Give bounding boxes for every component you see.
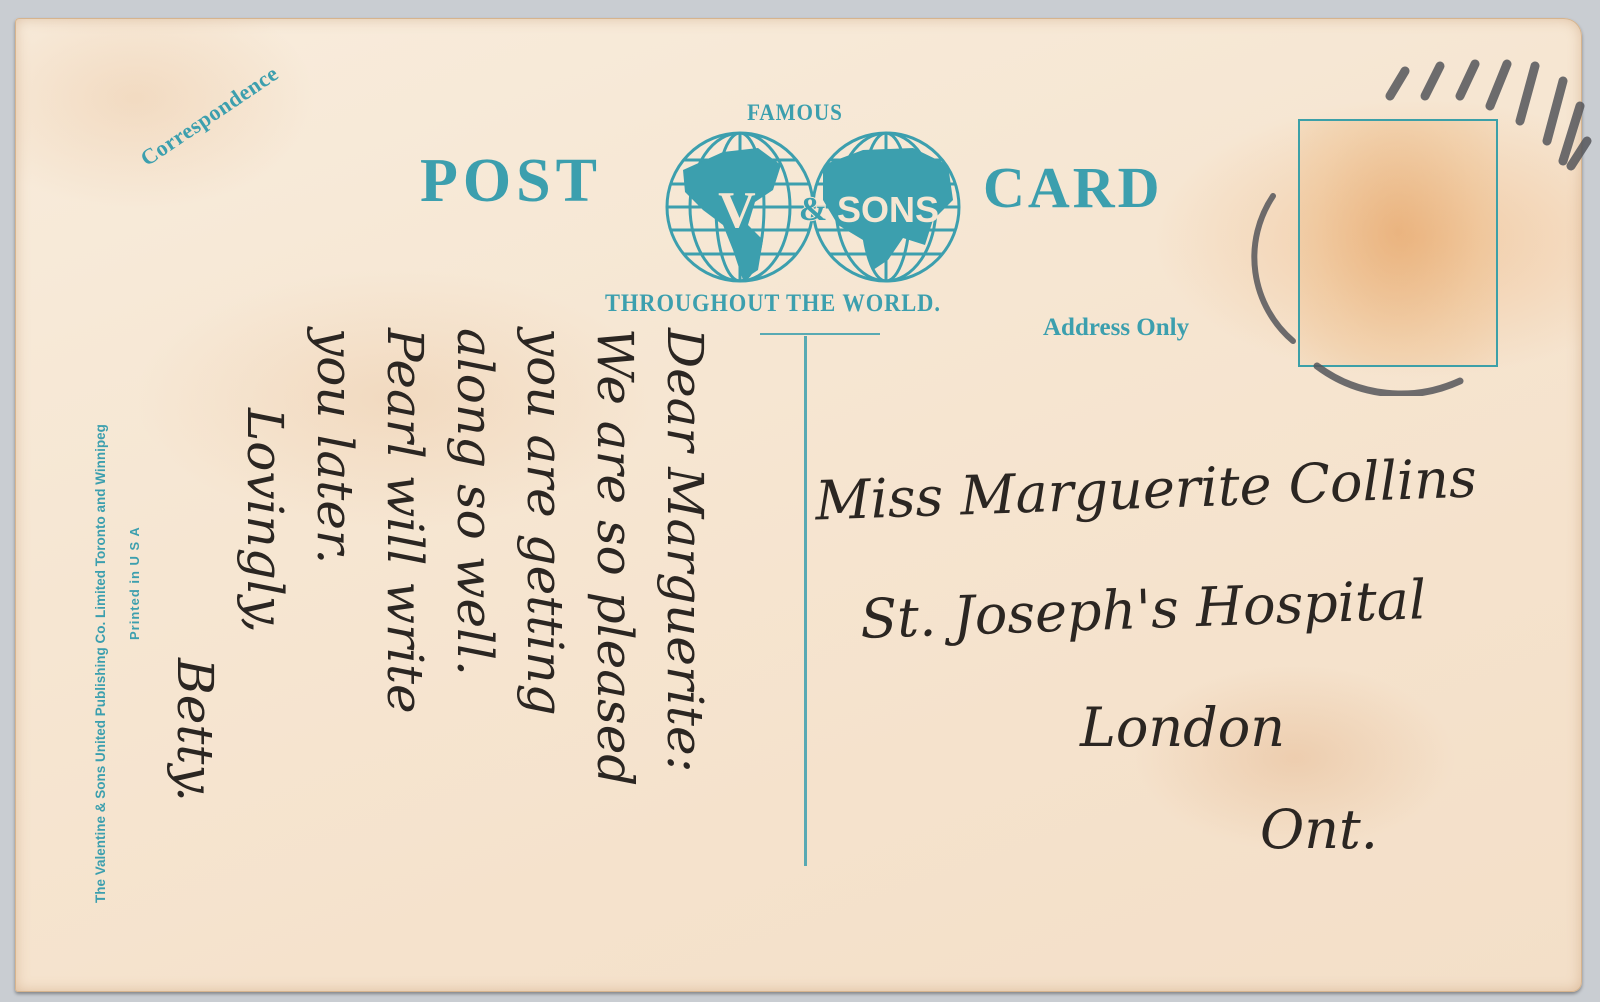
card-heading: CARD <box>983 154 1163 221</box>
correspondence-label: Correspondence <box>136 60 284 171</box>
address-line-province: Ont. <box>1260 798 1378 861</box>
address-only-label: Address Only <box>1043 314 1189 342</box>
address-line-name: Miss Marguerite Collins <box>814 446 1478 532</box>
message-signature: Betty. <box>160 328 230 802</box>
center-divider-line <box>804 336 807 866</box>
logo-bottom-text: THROUGHOUT THE WORLD. <box>605 290 941 318</box>
svg-text:V.: V. <box>718 182 762 239</box>
post-heading: POST <box>420 146 602 217</box>
message-line: you are getting <box>510 328 580 802</box>
valentine-sons-globe-logo-icon: V. & SONS <box>663 130 963 285</box>
message-closing: Lovingly, <box>230 328 300 802</box>
publisher-imprint: The Valentine & Sons United Publishing C… <box>93 424 108 903</box>
handwritten-message: Dear Marguerite: We are so pleased you a… <box>160 328 720 802</box>
stamp-placeholder-icon <box>1298 119 1498 367</box>
logo-top-text: FAMOUS <box>747 100 843 126</box>
divider-top-bar <box>760 333 880 335</box>
address-line-street: St. Joseph's Hospital <box>859 568 1427 651</box>
address-line-city: London <box>1080 696 1285 759</box>
message-line: along so well. <box>440 328 510 802</box>
svg-text:&: & <box>799 191 827 228</box>
postcard-back: Correspondence POST FAMOUS <box>15 18 1582 992</box>
message-line: you later. <box>300 328 370 802</box>
message-line: Pearl will write <box>370 328 440 802</box>
printed-in-label: Printed in U S A <box>127 526 142 640</box>
message-line: We are so pleased <box>580 328 650 802</box>
message-line: Dear Marguerite: <box>650 328 720 802</box>
svg-text:SONS: SONS <box>837 189 939 230</box>
